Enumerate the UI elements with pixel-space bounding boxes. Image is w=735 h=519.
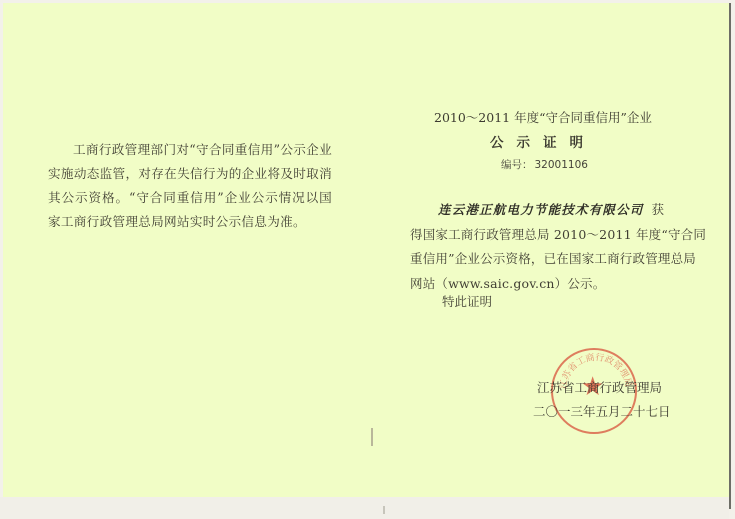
certificate-body: 连云港正航电力节能技术有限公司获 得国家工商行政管理总局 2010～2011 年… — [410, 198, 672, 296]
supervision-notice: 工商行政管理部门对“守合同重信用”公示企业实施动态监管，对存在失信行为的企业将及… — [48, 138, 332, 234]
page-edge-shadow — [729, 3, 731, 509]
closing-statement: 特此证明 — [442, 292, 492, 310]
issue-date: 二〇一三年五月二十七日 — [533, 402, 671, 420]
certificate-number: 编号：32001106 — [501, 157, 588, 172]
company-name: 连云港正航电力节能技术有限公司 — [438, 202, 644, 217]
certificate-number-label: 编号： — [501, 159, 533, 171]
body-line: 重信用”企业公示资格，已在国家工商行政管理总局 — [410, 247, 672, 272]
issuing-authority: 江苏省工商行政管理局 — [537, 378, 662, 396]
company-line: 连云港正航电力节能技术有限公司获 — [410, 198, 672, 223]
body-line: 得国家工商行政管理总局 2010～2011 年度“守合同 — [410, 223, 672, 248]
certificate-number-value: 32001106 — [535, 159, 588, 171]
company-suffix: 获 — [652, 202, 665, 217]
certificate-title: 公示证明 — [490, 131, 596, 151]
scan-margin — [0, 497, 729, 519]
fold-mark — [371, 428, 373, 446]
fold-mark-bottom — [383, 506, 385, 514]
certificate-heading: 2010～2011 年度“守合同重信用”企业 — [434, 108, 652, 126]
